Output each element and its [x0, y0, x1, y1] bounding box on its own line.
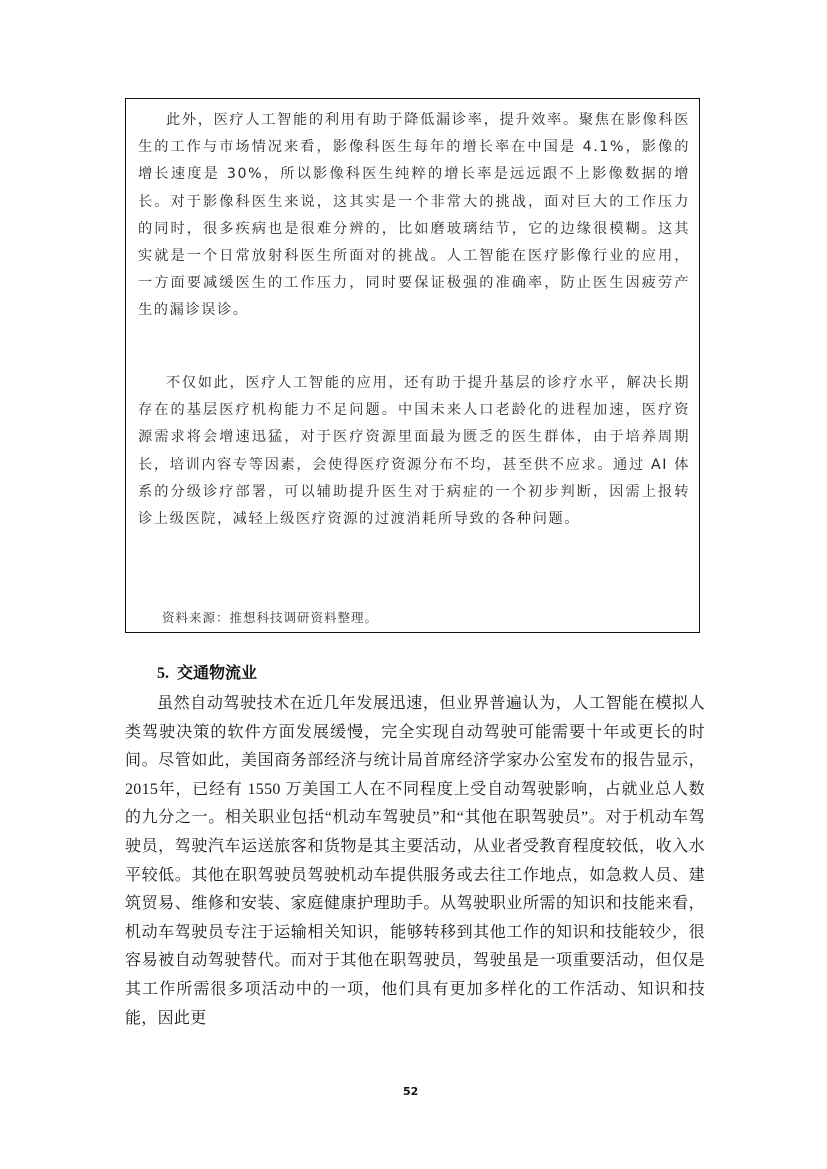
section-number: 5. — [157, 665, 169, 682]
page-number: 52 — [403, 1085, 418, 1098]
section-heading: 5.交通物流业 — [157, 660, 257, 683]
box-paragraph-2: 不仅如此，医疗人工智能的应用，还有助于提升基层的诊疗水平，解决长期存在的基层医疗… — [138, 370, 690, 533]
section-paragraph: 虽然自动驾驶技术在近几年发展迅速，但业界普遍认为，人工智能在模拟人类驾驶决策的软… — [125, 690, 705, 1033]
source-note: 资料来源：推想科技调研资料整理。 — [162, 608, 378, 626]
box-paragraph-1: 此外，医疗人工智能的利用有助于降低漏诊率，提升效率。聚焦在影像科医生的工作与市场… — [138, 107, 690, 325]
bordered-text-box: 此外，医疗人工智能的利用有助于降低漏诊率，提升效率。聚焦在影像科医生的工作与市场… — [125, 98, 700, 633]
document-page: 此外，医疗人工智能的利用有助于降低漏诊率，提升效率。聚焦在影像科医生的工作与市场… — [0, 0, 827, 1169]
section-title: 交通物流业 — [177, 665, 257, 682]
